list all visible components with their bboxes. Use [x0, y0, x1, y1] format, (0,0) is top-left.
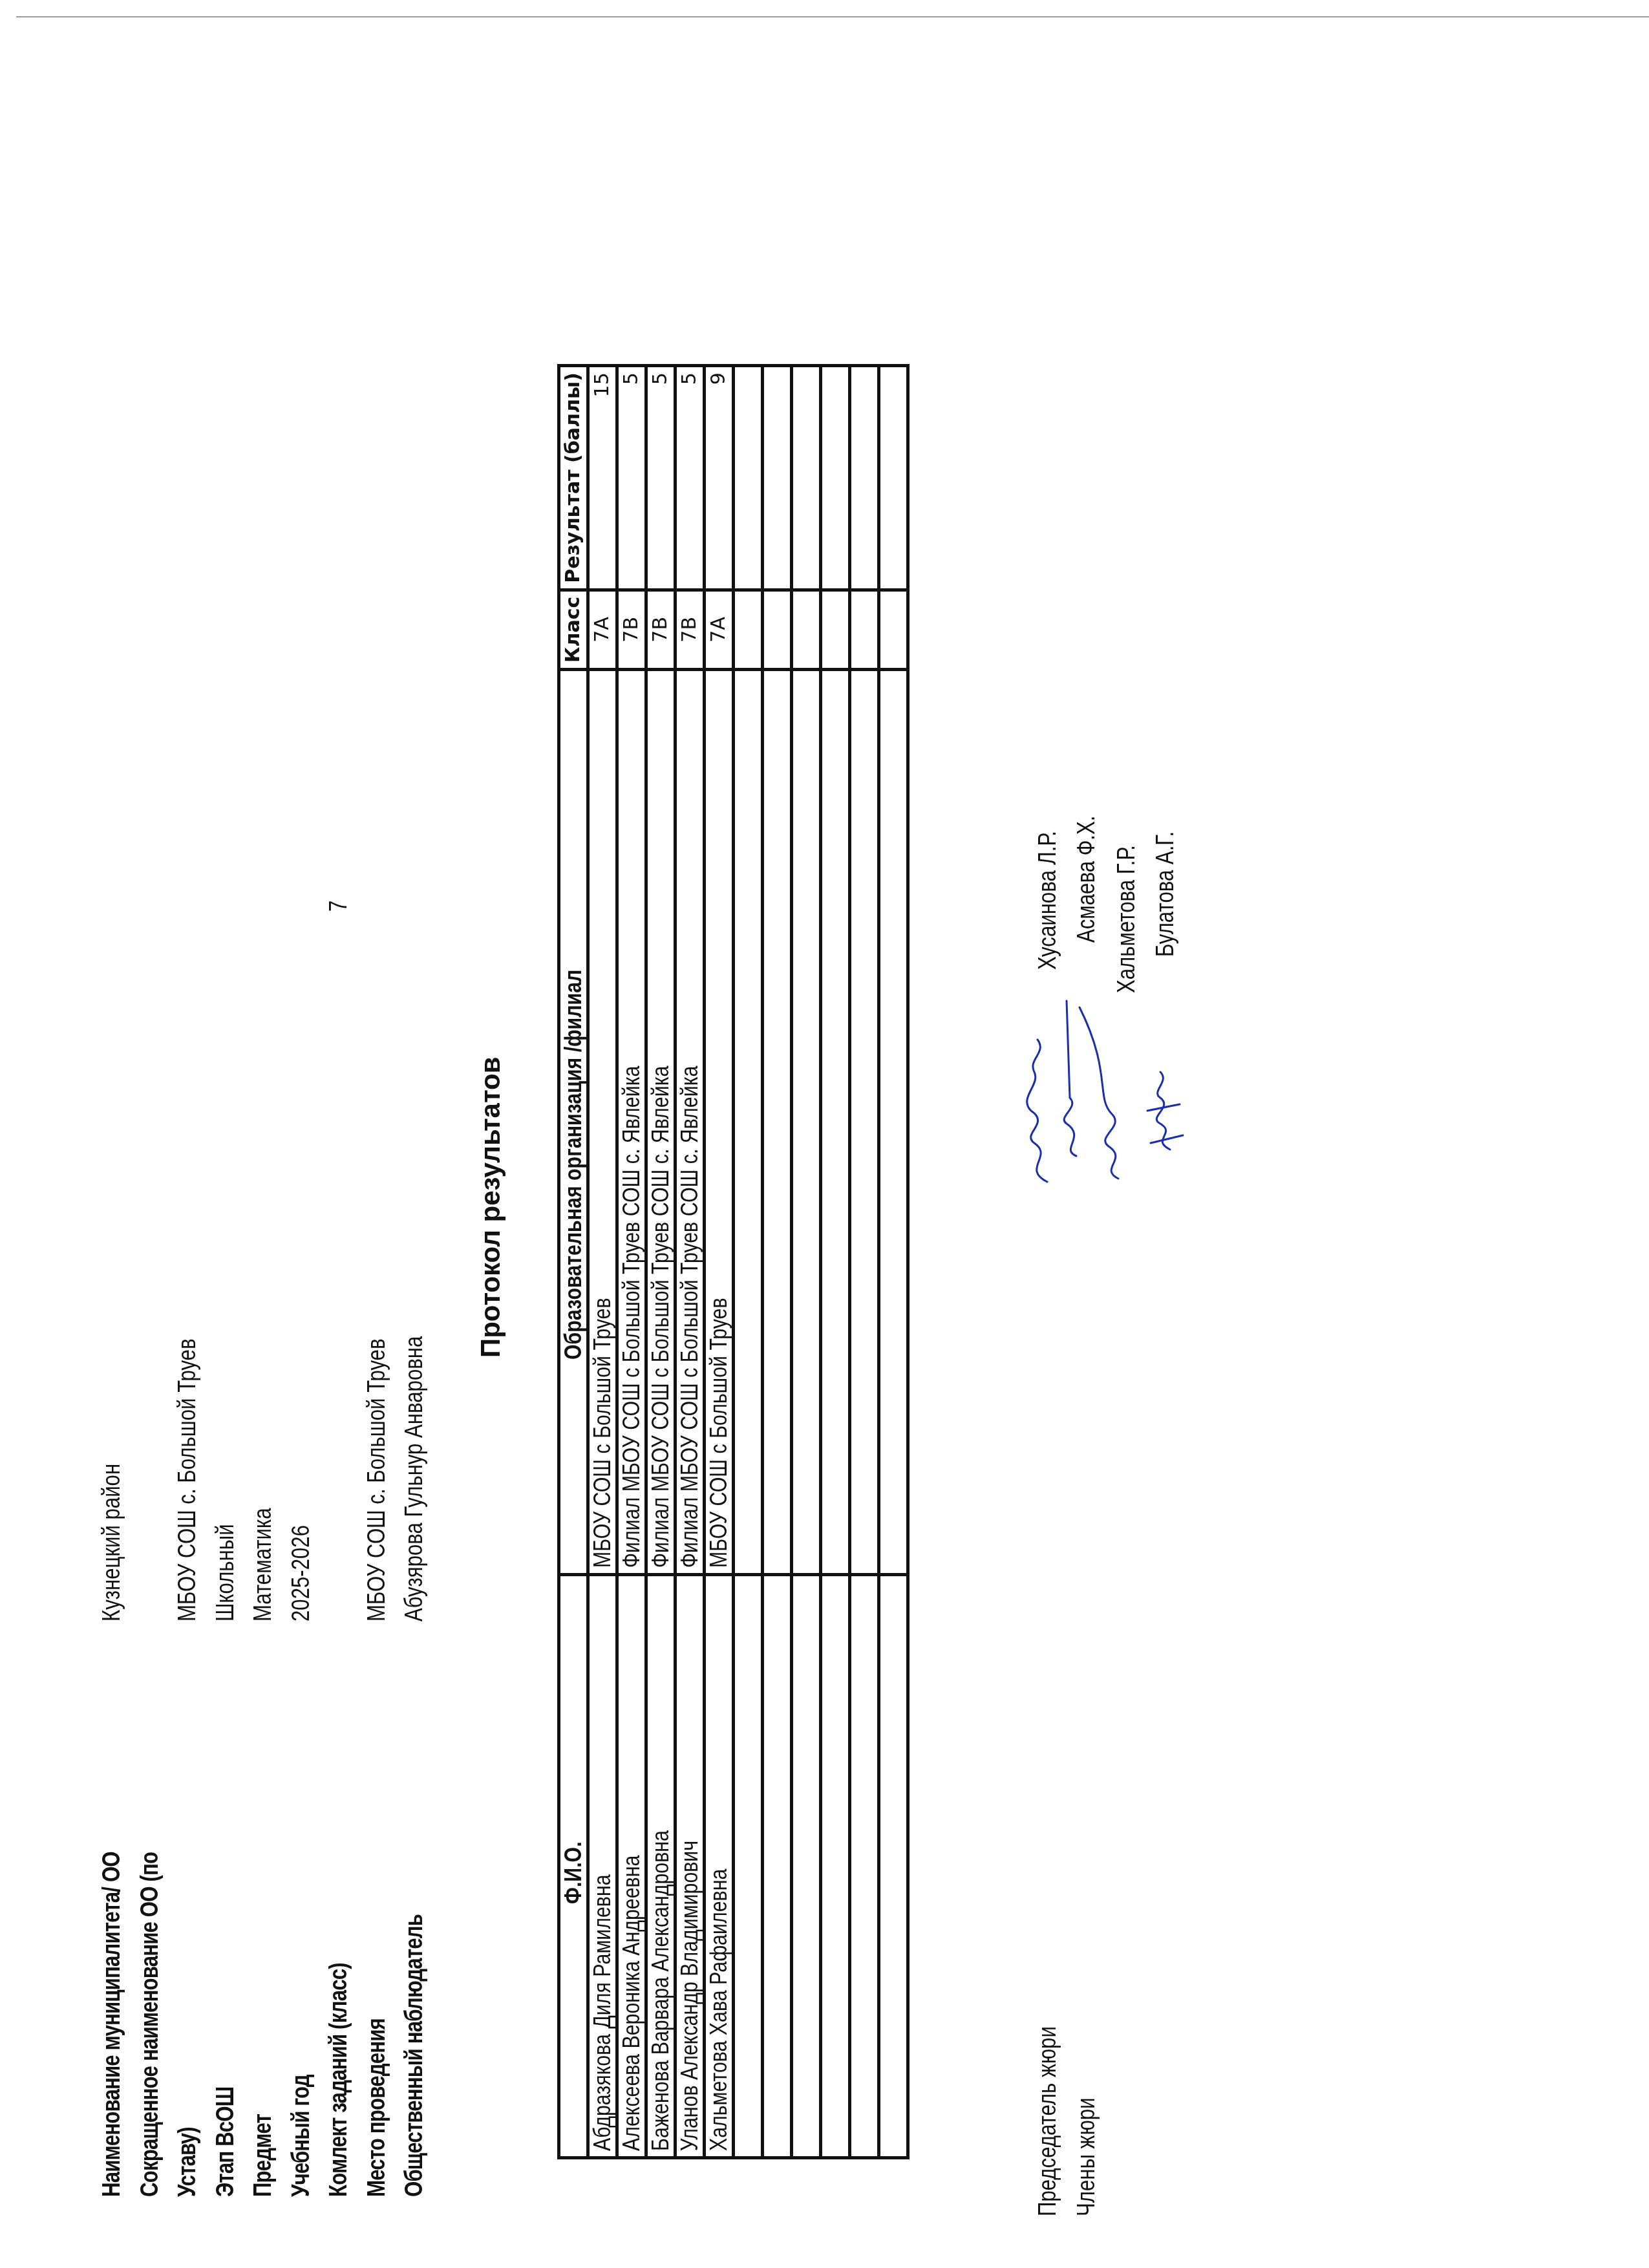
cell-fio: Баженова Варвара Александровна	[646, 1575, 676, 2158]
meta-value: МБОУ СОШ с. Большой Труев	[174, 1338, 202, 1621]
cell-result	[792, 366, 821, 590]
table-row	[763, 366, 792, 2158]
cell-result	[763, 366, 792, 590]
jury-name-1: Хусаинова Л.Р.	[1034, 831, 1062, 970]
cell-fio	[821, 1575, 850, 2158]
cell-fio	[850, 1575, 879, 2158]
cell-class	[792, 590, 821, 669]
cell-result: 5	[617, 366, 646, 590]
table-row	[821, 366, 850, 2158]
meta-value: 7	[325, 901, 353, 912]
cell-fio: Уланов Александр Владимирович	[676, 1575, 705, 2158]
cell-organization	[734, 670, 763, 1575]
cell-result	[879, 366, 908, 590]
meta-value: Кузнецкий район	[98, 1464, 126, 1621]
table-row	[879, 366, 908, 2158]
cell-class	[879, 590, 908, 669]
meta-value: Математика	[250, 1508, 277, 1621]
table-row	[792, 366, 821, 2158]
cell-organization	[763, 670, 792, 1575]
cell-class	[821, 590, 850, 669]
cell-result	[734, 366, 763, 590]
header-fio: Ф.И.О.	[559, 1575, 588, 2158]
cell-result	[821, 366, 850, 590]
jury-signatures	[1015, 988, 1209, 1195]
cell-class	[850, 590, 879, 669]
cell-fio	[792, 1575, 821, 2158]
cell-class: 7В	[676, 590, 705, 669]
jury-members-label: Члены жюри	[1073, 2097, 1101, 2216]
cell-result: 5	[646, 366, 676, 590]
cell-organization	[879, 670, 908, 1575]
meta-label: Предмет	[250, 2114, 277, 2197]
results-table: Ф.И.О. Образовательная организация /фили…	[557, 364, 910, 2159]
cell-organization	[850, 670, 879, 1575]
page-title: Протокол результатов	[475, 1057, 506, 1358]
cell-organization: МБОУ СОШ с Большой Труев	[588, 670, 617, 1575]
header-organization: Образовательная организация /филиал	[559, 670, 588, 1575]
cell-class	[734, 590, 763, 669]
meta-value: Школьный	[212, 1524, 240, 1621]
meta-label: Сокращенное наименование ОО (по	[136, 1852, 164, 2197]
table-row: Абдразякова Диля РамилевнаМБОУ СОШ с Бол…	[588, 366, 617, 2158]
table-row: Баженова Варвара АлександровнаФилиал МБО…	[646, 366, 676, 2158]
meta-label: Комлект заданий (класс)	[325, 1963, 353, 2197]
cell-organization: Филиал МБОУ СОШ с Большой Труев СОШ с. Я…	[676, 670, 705, 1575]
cell-class: 7А	[705, 590, 734, 669]
header-result: Результат (баллы)	[559, 366, 588, 590]
cell-organization: Филиал МБОУ СОШ с Большой Труев СОШ с. Я…	[617, 670, 646, 1575]
meta-value: 2025-2026	[288, 1525, 315, 1621]
table-row: Уланов Александр ВладимировичФилиал МБОУ…	[676, 366, 705, 2158]
cell-organization: МБОУ СОШ с Большой Труев	[705, 670, 734, 1575]
cell-result: 5	[676, 366, 705, 590]
table-row	[850, 366, 879, 2158]
cell-fio: Хальметова Хава Рафаилевна	[705, 1575, 734, 2158]
meta-label: Общественный наблюдатель	[401, 1914, 429, 2197]
meta-value: Абузярова Гульнур Анваровна	[401, 1336, 429, 1621]
cell-organization	[821, 670, 850, 1575]
cell-class: 7А	[588, 590, 617, 669]
jury-chair-label: Председатель жюри	[1034, 2026, 1062, 2216]
meta-label: Учебный год	[288, 2075, 315, 2197]
cell-organization: Филиал МБОУ СОШ с Большой Труев СОШ с. Я…	[646, 670, 676, 1575]
header-class: Класс	[559, 590, 588, 669]
table-header-row: Ф.И.О. Образовательная организация /фили…	[559, 366, 588, 2158]
cell-result: 9	[705, 366, 734, 590]
cell-result: 15	[588, 366, 617, 590]
protocol-sheet: Наименование муниципалитета/ ООКузнецкий…	[0, 0, 1649, 2268]
meta-value: МБОУ СОШ с. Большой Труев	[363, 1338, 391, 1621]
cell-class: 7В	[646, 590, 676, 669]
cell-organization	[792, 670, 821, 1575]
table-row: Хальметова Хава РафаилевнаМБОУ СОШ с Бол…	[705, 366, 734, 2158]
meta-label: Место проведения	[363, 2018, 391, 2197]
jury-name-2: Асмаева Ф.Х.	[1073, 816, 1101, 943]
cell-fio: Абдразякова Диля Рамилевна	[588, 1575, 617, 2158]
meta-label: Наименование муниципалитета/ ОО	[98, 1852, 126, 2197]
cell-fio	[734, 1575, 763, 2158]
table-row: Алексеева Вероника АндреевнаФилиал МБОУ …	[617, 366, 646, 2158]
cell-class	[763, 590, 792, 669]
results-table-body: Абдразякова Диля РамилевнаМБОУ СОШ с Бол…	[588, 366, 908, 2158]
jury-name-4: Булатова А.Г.	[1152, 831, 1180, 957]
cell-fio: Алексеева Вероника Андреевна	[617, 1575, 646, 2158]
table-row	[734, 366, 763, 2158]
meta-label: Уставу)	[174, 2127, 202, 2197]
jury-name-3: Хальметова Г.Р.	[1113, 845, 1141, 993]
cell-result	[850, 366, 879, 590]
cell-fio	[879, 1575, 908, 2158]
cell-class: 7В	[617, 590, 646, 669]
cell-fio	[763, 1575, 792, 2158]
meta-label: Этап ВсОШ	[212, 2087, 240, 2197]
